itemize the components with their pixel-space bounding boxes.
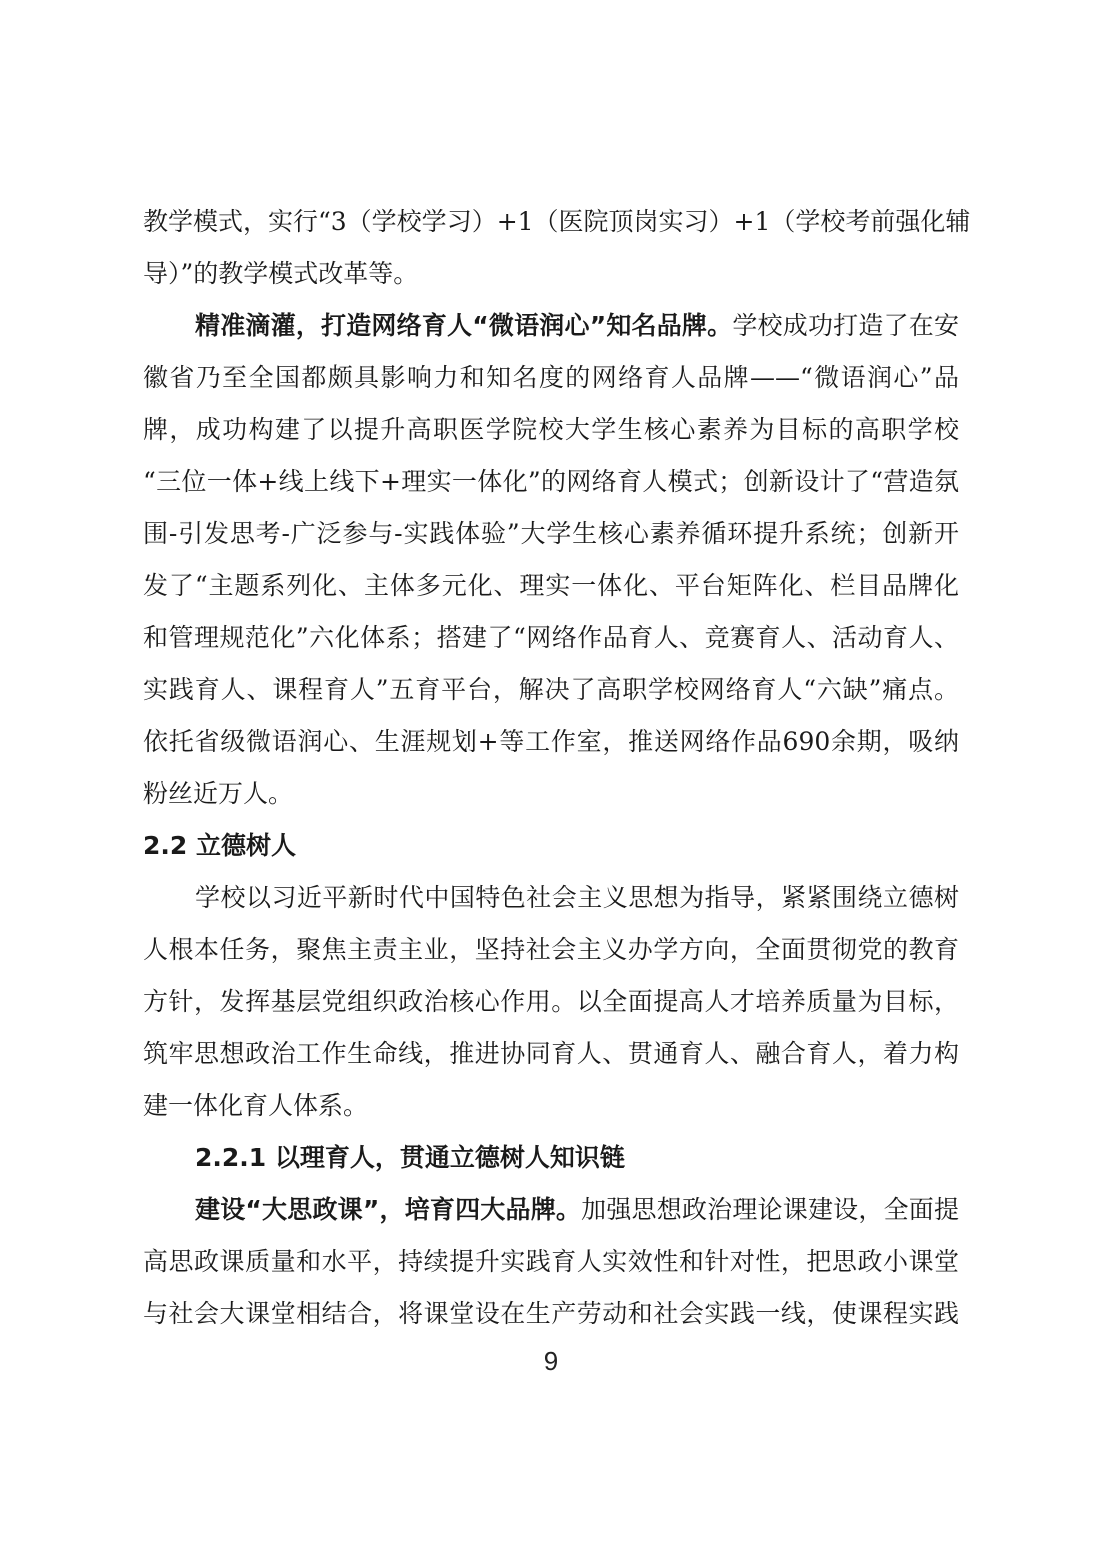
body-text-line: 方针，发挥基层党组织政治核心作用。以全面提高人才培养质量为目标， [143,976,959,1028]
bold-lead-sentence: 建设“大思政课”，培育四大品牌。 [195,1195,581,1224]
body-text-line: 和管理规范化”六化体系；搭建了“网络作品育人、竞赛育人、活动育人、 [143,612,959,664]
body-text-line: “三位一体+线上线下+理实一体化”的网络育人模式；创新设计了“营造氛 [143,456,959,508]
body-text: 学校成功打造了在安 [732,311,959,340]
body-text-line: 粉丝近万人。 [143,768,959,820]
body-text-line: 学校以习近平新时代中国特色社会主义思想为指导，紧紧围绕立德树 [143,872,959,924]
body-text-line: 发了“主题系列化、主体多元化、理实一体化、平台矩阵化、栏目品牌化 [143,560,959,612]
body-text-line: 教学模式，实行“3（学校学习）+1（医院顶岗实习）+1（学校考前强化辅 [143,196,959,248]
body-text-line: 筑牢思想政治工作生命线，推进协同育人、贯通育人、融合育人，着力构 [143,1028,959,1080]
body-text-line: 依托省级微语润心、生涯规划+等工作室，推送网络作品690余期，吸纳 [143,716,959,768]
body-text-line: 与社会大课堂相结合，将课堂设在生产劳动和社会实践一线，使课程实践 [143,1288,959,1340]
body-text-line: 徽省乃至全国都颇具影响力和知名度的网络育人品牌——“微语润心”品 [143,352,959,404]
paragraph-lead-line: 精准滴灌，打造网络育人“微语润心”知名品牌。学校成功打造了在安 [143,300,959,352]
body-text-line: 牌，成功构建了以提升高职医学院校大学生核心素养为目标的高职学校 [143,404,959,456]
body-text-line: 建一体化育人体系。 [143,1080,959,1132]
section-heading-2-2: 2.2 立德树人 [143,820,959,872]
body-text-line: 导）”的教学模式改革等。 [143,248,959,300]
body-text-line: 高思政课质量和水平，持续提升实践育人实效性和针对性，把思政小课堂 [143,1236,959,1288]
bold-lead-sentence: 精准滴灌，打造网络育人“微语润心”知名品牌。 [195,311,732,340]
paragraph-lead-line: 建设“大思政课”，培育四大品牌。加强思想政治理论课建设，全面提 [143,1184,959,1236]
body-text-line: 围-引发思考-广泛参与-实践体验”大学生核心素养循环提升系统；创新开 [143,508,959,560]
body-text: 加强思想政治理论课建设，全面提 [581,1195,959,1224]
body-text-line: 实践育人、课程育人”五育平台，解决了高职学校网络育人“六缺”痛点。 [143,664,959,716]
subsection-heading-2-2-1: 2.2.1 以理育人，贯通立德树人知识链 [143,1132,959,1184]
page-number: 9 [0,1346,1102,1377]
document-page: 教学模式，实行“3（学校学习）+1（医院顶岗实习）+1（学校考前强化辅 导）”的… [143,196,959,1340]
body-text-line: 人根本任务，聚焦主责主业，坚持社会主义办学方向，全面贯彻党的教育 [143,924,959,976]
